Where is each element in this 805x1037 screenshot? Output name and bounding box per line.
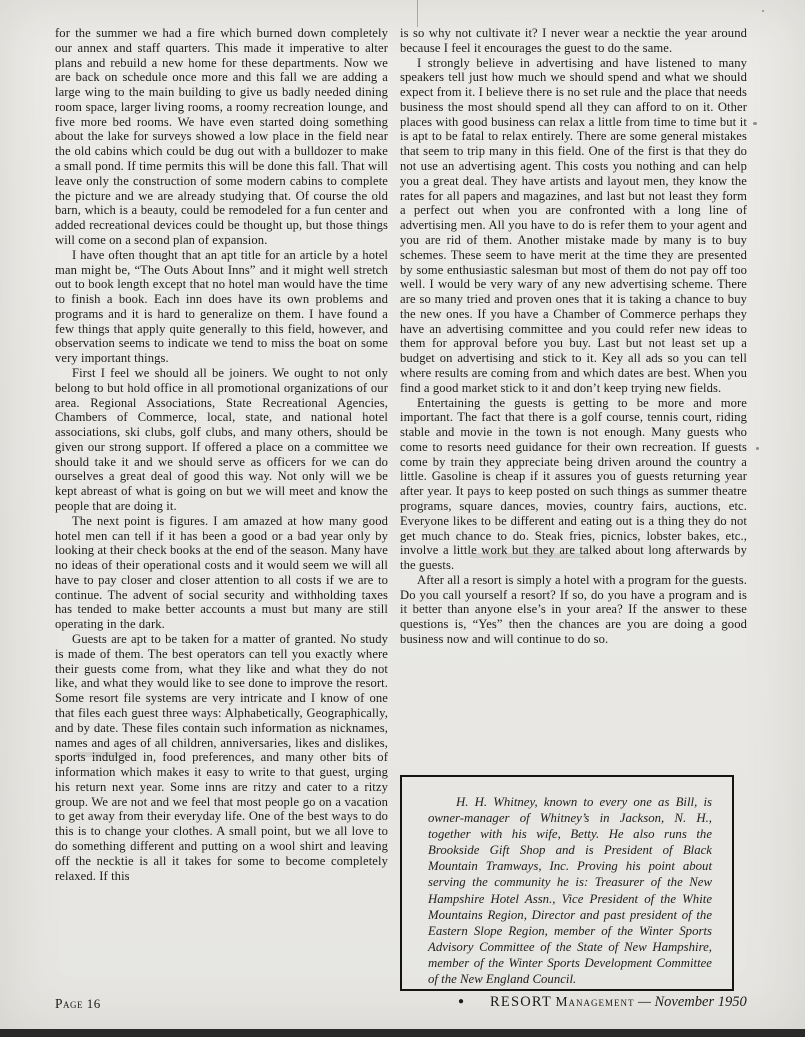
- bullet-icon: ●: [458, 996, 464, 1007]
- scan-speck: [753, 122, 757, 125]
- page-number-value: 16: [87, 996, 101, 1011]
- paragraph: for the summer we had a fire which burne…: [55, 26, 388, 248]
- paragraph: is so why not cultivate it? I never wear…: [400, 26, 747, 56]
- author-bio-text: H. H. Whitney, known to every one as Bil…: [428, 794, 712, 987]
- scan-crease: [417, 0, 418, 27]
- paragraph: The next point is figures. I am amazed a…: [55, 514, 388, 632]
- scan-speck: [762, 10, 764, 12]
- page-number-label: Page: [55, 996, 83, 1011]
- paragraph: First I feel we should all be joiners. W…: [55, 366, 388, 514]
- paragraph: I have often thought that an apt title f…: [55, 248, 388, 366]
- author-bio-box: H. H. Whitney, known to every one as Bil…: [400, 775, 734, 991]
- magazine-page: for the summer we had a fire which burne…: [0, 0, 805, 1037]
- magazine-issue: — November 1950: [638, 994, 747, 1010]
- magazine-credit: ●RESORT Management — November 1950: [458, 994, 747, 1011]
- scan-speck: [756, 447, 759, 450]
- paragraph: I strongly believe in advertising and ha…: [400, 56, 747, 396]
- magazine-name: RESORT: [490, 994, 552, 1010]
- magazine-section: Management: [555, 994, 634, 1009]
- page-footer: Page 16 ●RESORT Management — November 19…: [0, 994, 805, 1018]
- scan-edge-bar: [0, 1029, 805, 1037]
- paragraph: After all a resort is simply a hotel wit…: [400, 573, 747, 647]
- paragraph: Guests are apt to be taken for a matter …: [55, 632, 388, 883]
- page-number: Page 16: [55, 996, 101, 1012]
- paragraph: Entertaining the guests is getting to be…: [400, 396, 747, 573]
- article-column-right: is so why not cultivate it? I never wear…: [400, 26, 747, 768]
- article-column-left: for the summer we had a fire which burne…: [55, 26, 388, 1004]
